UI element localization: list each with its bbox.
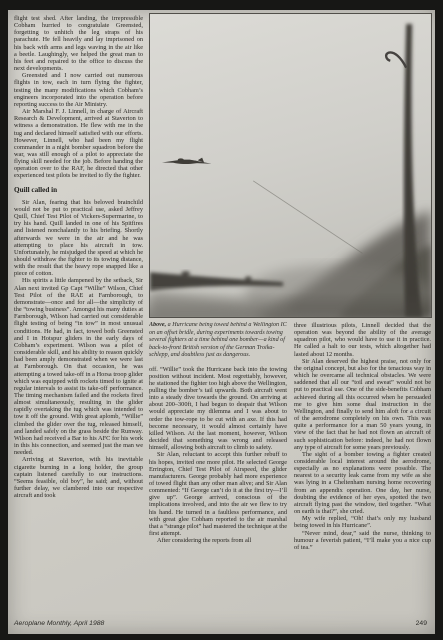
paragraph: Arriving at Staverton, with his inevitab… <box>14 456 143 499</box>
paragraph: Sir Alan, fearing that his beloved brain… <box>14 199 143 278</box>
photo-caption: Above, a Hurricane being towed behind a … <box>149 322 287 360</box>
paragraph: “Never mind, dear,” said the nurse, thin… <box>294 530 431 551</box>
paragraph: After considering the reports from all <box>149 537 287 544</box>
paragraph: Sir Alan, reluctant to accept this furth… <box>149 451 287 537</box>
paragraph: My wife replied, “Oh! that’s only my hus… <box>294 515 431 529</box>
text-column-middle: Above, a Hurricane being towed behind a … <box>149 322 287 622</box>
paragraph: flight test shed. After landing, the irr… <box>14 15 143 72</box>
paragraph: Sir Alan deserved the highest praise, no… <box>294 358 431 451</box>
magazine-footer: Aeroplane Monthly, April 1988 <box>14 620 104 627</box>
photo-caption-lead: Above, <box>149 322 166 328</box>
bottom-shading <box>150 292 431 317</box>
paragraph: His spirits a little dampened by the set… <box>14 277 143 456</box>
photo-artwork <box>150 14 431 317</box>
paragraph: off. “Willie” took the Hurricane back in… <box>149 366 287 452</box>
section-subheading: Quill called in <box>14 187 143 194</box>
paragraph: Air Marshal F. J. Linnell, in charge of … <box>14 108 143 180</box>
magazine-page: flight test shed. After landing, the irr… <box>8 10 435 634</box>
paragraph: Greensted and I now carried out numerous… <box>14 72 143 108</box>
page-number: 249 <box>416 620 427 627</box>
text-column-right: three illustrious pilots, Linnell decide… <box>294 322 431 622</box>
text-column-left: flight test shed. After landing, the irr… <box>14 15 143 619</box>
paragraph: The sight of a bomber towing a fighter c… <box>294 451 431 515</box>
photo-hurricane-tow <box>149 13 432 318</box>
paragraph: three illustrious pilots, Linnell decide… <box>294 322 431 358</box>
photo-caption-text: a Hurricane being towed behind a Welling… <box>149 322 287 358</box>
